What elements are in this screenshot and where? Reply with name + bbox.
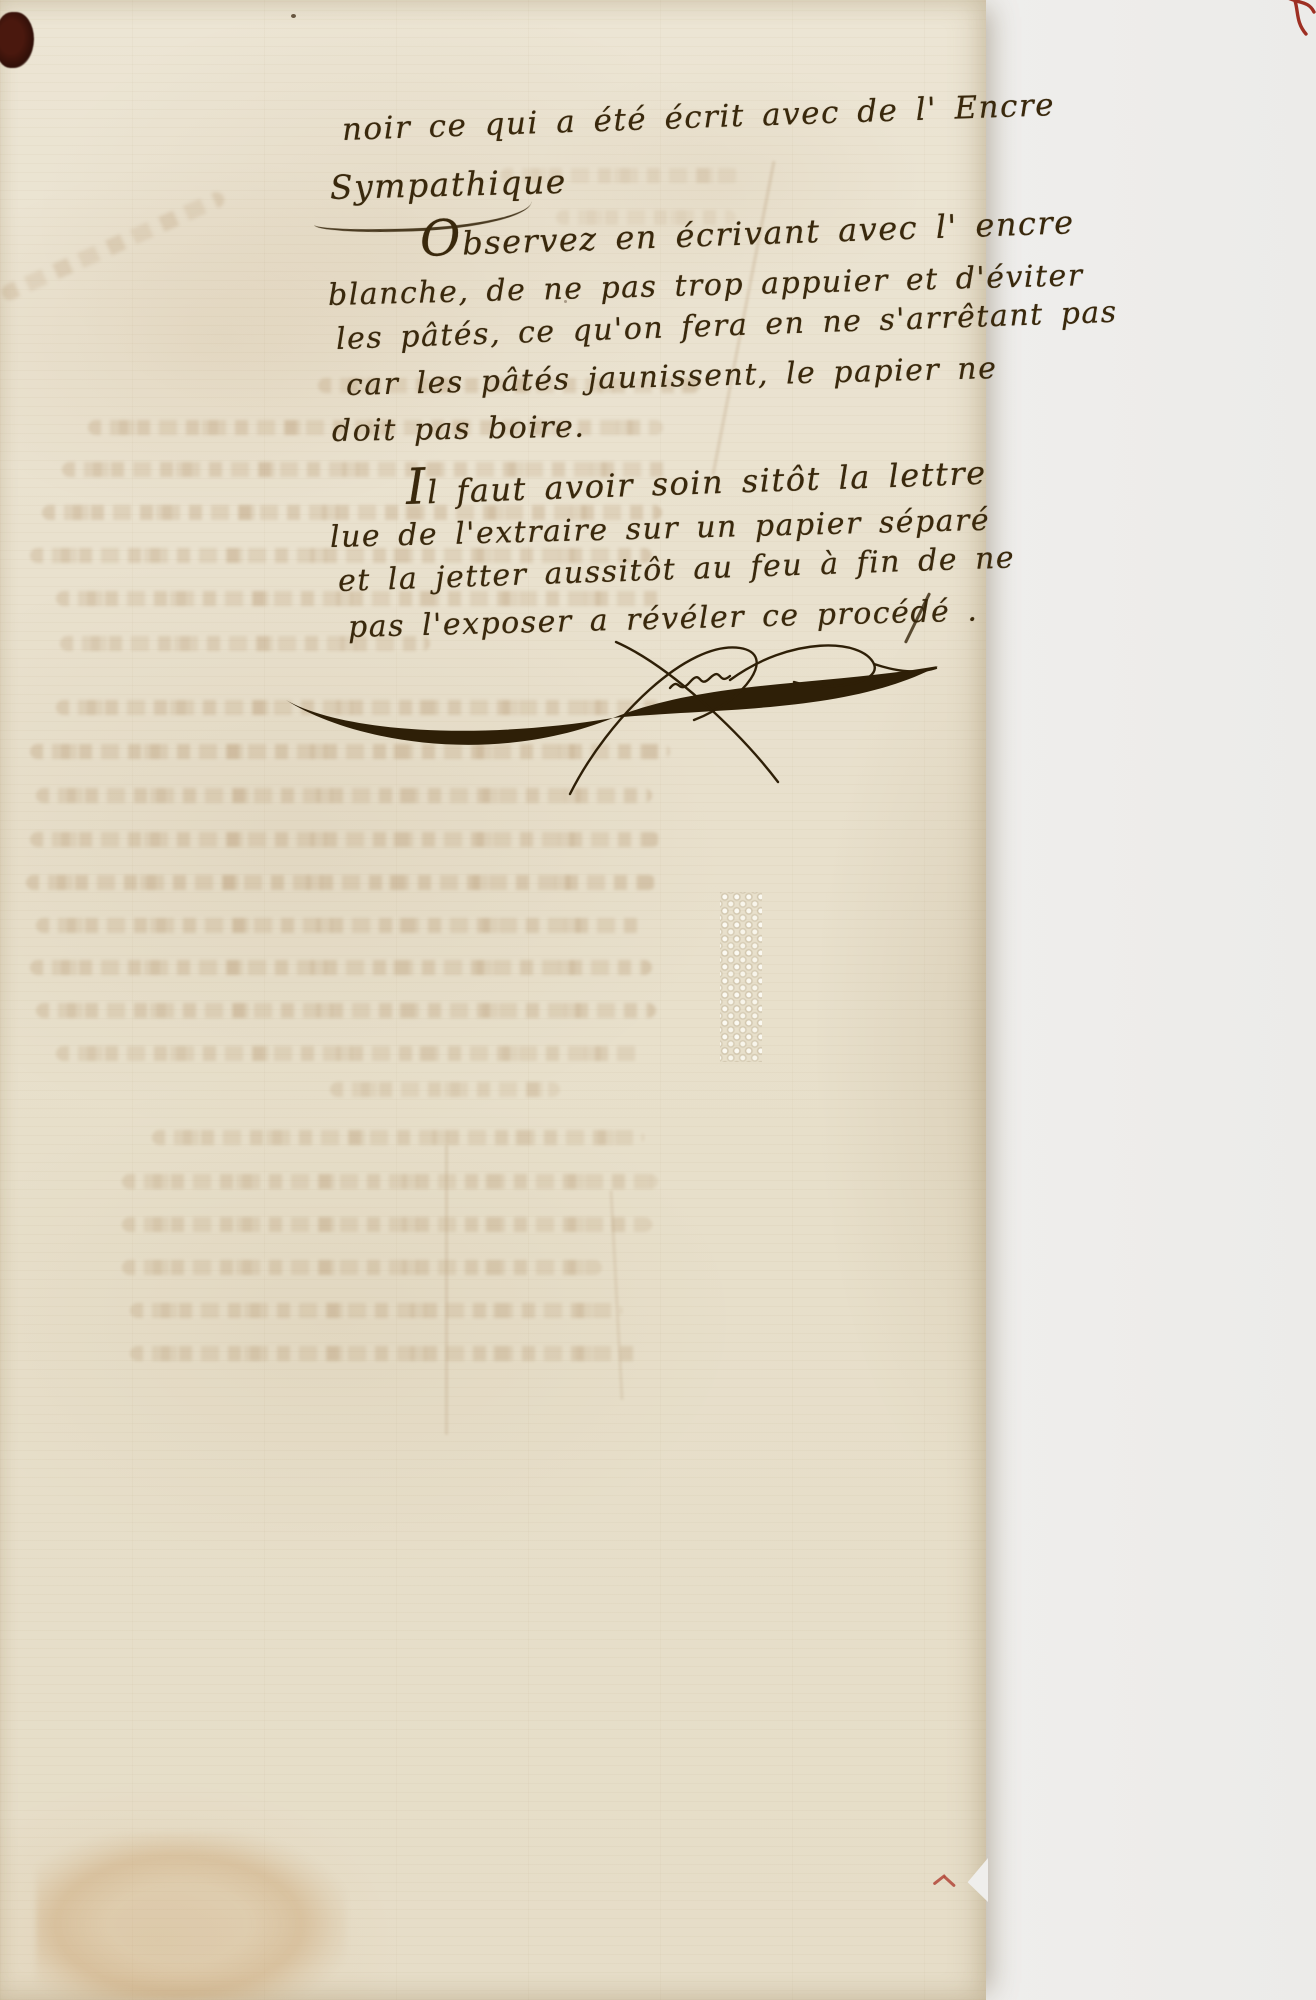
bleedthrough-line — [330, 1082, 560, 1097]
manuscript-line: noir ce qui a été écrit avec de l' Encre — [341, 87, 1055, 148]
ink-speck — [291, 14, 296, 18]
embossed-stamp — [720, 892, 762, 1062]
tear-mark — [943, 1876, 956, 1888]
bleedthrough-margin-line — [0, 189, 227, 302]
bleedthrough-line — [122, 1260, 602, 1275]
manuscript-line: Il faut avoir soin sitôt la lettre — [405, 450, 987, 512]
manuscript-line: car les pâtés jaunissent, le papier ne — [346, 351, 998, 403]
bleedthrough-line — [122, 1174, 658, 1189]
bleedthrough-line — [36, 918, 642, 933]
bleedthrough-line — [130, 1346, 642, 1361]
bleedthrough-line — [56, 1046, 642, 1061]
bleedthrough-line — [26, 875, 656, 890]
bleedthrough-line — [30, 960, 652, 975]
manuscript-line: doit pas boire. — [332, 410, 586, 449]
red-thread — [1278, 0, 1316, 48]
bleedthrough-line — [130, 1303, 622, 1318]
bleedthrough-line — [122, 1217, 652, 1232]
manuscript-page: noir ce qui a été écrit avec de l' Encre… — [0, 0, 986, 2000]
photo-backdrop: noir ce qui a été écrit avec de l' Encre… — [0, 0, 1316, 2000]
bleedthrough-line — [152, 1130, 644, 1145]
bottom-left-stain — [36, 1832, 346, 2000]
manuscript-line: Sympathique — [329, 162, 567, 207]
end-flourish — [278, 622, 950, 807]
wax-spot — [0, 12, 34, 68]
bleedthrough-line — [30, 832, 660, 847]
bleedthrough-line — [36, 1003, 656, 1018]
